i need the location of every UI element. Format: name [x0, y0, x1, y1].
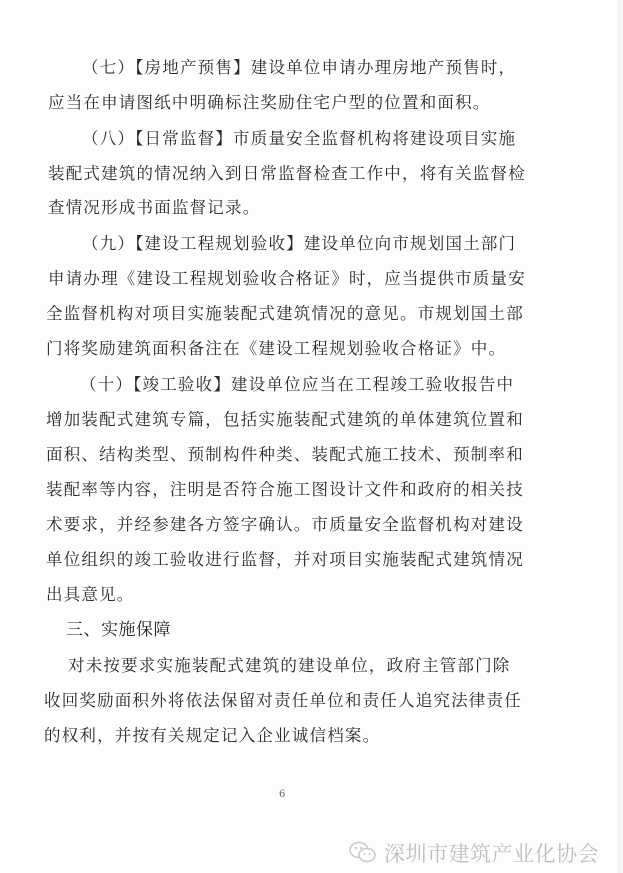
- item-10-line-2: 增加装配式建筑专篇，包括实施装配式建筑的单体建筑位置和: [46, 410, 524, 430]
- item-8-line-2: 装配式建筑的情况纳入到日常监督检查工作中，将有关监督检: [48, 164, 526, 184]
- item-7-line-1: （七）【房地产预售】建设单位申请办理房地产预售时，: [82, 58, 516, 78]
- watermark-text: 深圳市建筑产业化协会: [384, 838, 599, 868]
- watermark: 深圳市建筑产业化协会: [348, 838, 599, 868]
- page-edge: [617, 0, 623, 873]
- wechat-icon: [348, 840, 378, 866]
- item-8-line-3: 查情况形成书面监督记录。: [48, 198, 260, 218]
- item-10-line-4: 装配率等内容，注明是否符合施工图设计文件和政府的相关技: [46, 480, 524, 500]
- closing-line-3: 的权利，并按有关规定记入企业诚信档案。: [44, 726, 380, 746]
- closing-line-2: 收回奖励面积外将依法保留对责任单位和责任人追究法律责任: [44, 691, 522, 711]
- item-10-line-5: 术要求，并经参建各方签字确认。市质量安全监督机构对建设: [46, 515, 524, 535]
- item-9-line-1: （九）【建设工程规划验收】建设单位向市规划国土部门: [82, 234, 516, 254]
- item-8-line-1: （八）【日常监督】市质量安全监督机构将建设项目实施: [82, 129, 516, 149]
- item-10-line-3: 面积、结构类型、预制构件种类、装配式施工技术、预制率和: [46, 445, 524, 465]
- item-9-line-2: 申请办理《建设工程规划验收合格证》时，应当提供市质量安: [48, 269, 526, 289]
- closing-line-1: 对未按要求实施装配式建筑的建设单位，政府主管部门除: [68, 656, 511, 676]
- item-7-line-2: 应当在申请图纸中明确标注奖励住宅户型的位置和面积。: [48, 93, 491, 113]
- section-heading: 三、实施保障: [66, 620, 171, 640]
- document-page: （七）【房地产预售】建设单位申请办理房地产预售时， 应当在申请图纸中明确标注奖励…: [0, 0, 618, 873]
- item-9-line-4: 门将奖励建筑面积备注在《建设工程规划验收合格证》中。: [46, 339, 506, 359]
- item-9-line-3: 全监督机构对项目实施装配式建筑情况的意见。市规划国土部: [46, 304, 524, 324]
- item-10-line-1: （十）【竣工验收】建设单位应当在工程竣工验收报告中: [80, 375, 514, 395]
- item-10-line-7: 出具意见。: [46, 585, 135, 605]
- page-number: 6: [279, 789, 285, 800]
- item-10-line-6: 单位组织的竣工验收进行监督，并对项目实施装配式建筑情况: [46, 550, 524, 570]
